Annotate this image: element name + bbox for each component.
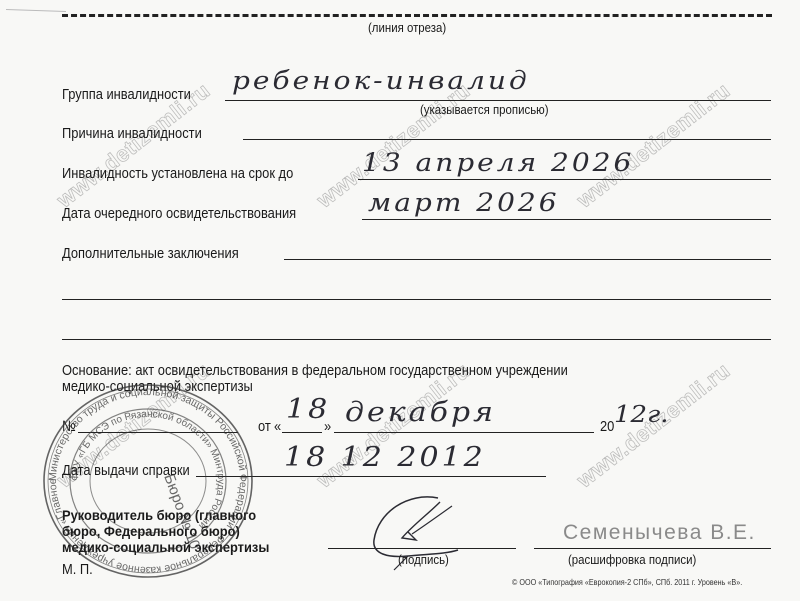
field-line-additional-conclusions-2[interactable] bbox=[62, 299, 771, 300]
signature-caption: (подпись) bbox=[398, 552, 449, 567]
field-hint-written-in-words: (указывается прописью) bbox=[420, 102, 549, 117]
field-line-disability-cause[interactable] bbox=[243, 139, 771, 140]
field-line-disability-group bbox=[225, 100, 771, 101]
field-line-next-examination bbox=[362, 219, 771, 220]
official-round-stamp: Министерство труда и социальной защиты Р… bbox=[40, 384, 256, 578]
act-month-line bbox=[334, 432, 594, 433]
act-year-suffix[interactable]: 12г. bbox=[614, 402, 669, 429]
field-label-additional-conclusions: Дополнительные заключения bbox=[62, 245, 239, 262]
cut-line-label: (линия отреза) bbox=[368, 20, 446, 35]
cut-line bbox=[62, 14, 772, 17]
svg-text:ФКУ «ГБ МСЭ по Рязанской облас: ФКУ «ГБ МСЭ по Рязанской области» Минтру… bbox=[70, 409, 226, 531]
close-quote: » bbox=[324, 418, 331, 435]
signature-name-value[interactable]: Семенычева В.Е. bbox=[563, 521, 756, 545]
act-year-prefix: 20 bbox=[600, 418, 614, 435]
open-quote: « bbox=[274, 418, 281, 435]
act-date-from-label: от bbox=[258, 418, 271, 435]
field-label-next-examination: Дата очередного освидетельствования bbox=[62, 205, 296, 222]
field-label-valid-until: Инвалидность установлена на срок до bbox=[62, 165, 293, 182]
field-label-disability-group: Группа инвалидности bbox=[62, 86, 191, 103]
paper-edge bbox=[6, 9, 66, 12]
field-value-next-examination[interactable]: март 2026 bbox=[368, 188, 560, 218]
act-day-line bbox=[282, 432, 322, 433]
stamp-inner-text: ФКУ «ГБ МСЭ по Рязанской области» Минтру… bbox=[70, 409, 226, 531]
signature-name-caption: (расшифровка подписи) bbox=[568, 552, 696, 567]
field-line-additional-conclusions[interactable] bbox=[284, 259, 771, 260]
basis-text-line-1: Основание: акт освидетельствования в фед… bbox=[62, 362, 568, 379]
watermark: www.detizemli.ru bbox=[572, 78, 735, 214]
issue-date-value[interactable]: 18 12 2012 bbox=[284, 442, 486, 474]
field-line-additional-conclusions-3[interactable] bbox=[62, 339, 771, 340]
disability-certificate-page: www.detizemli.ru www.detizemli.ru www.de… bbox=[0, 0, 800, 601]
field-line-valid-until bbox=[358, 179, 771, 180]
act-month-value[interactable]: декабря bbox=[345, 397, 496, 429]
stamp-center-text: Бюро № 10 bbox=[160, 472, 203, 552]
signature-name-line bbox=[534, 548, 771, 549]
field-value-disability-group[interactable]: ребенок-инвалид bbox=[232, 66, 530, 96]
field-label-disability-cause: Причина инвалидности bbox=[62, 125, 202, 142]
printer-imprint: © ООО «Типография «Еврокопия-2 СПб», СПб… bbox=[512, 577, 742, 587]
field-value-valid-until[interactable]: 13 апреля 2026 bbox=[362, 148, 634, 178]
